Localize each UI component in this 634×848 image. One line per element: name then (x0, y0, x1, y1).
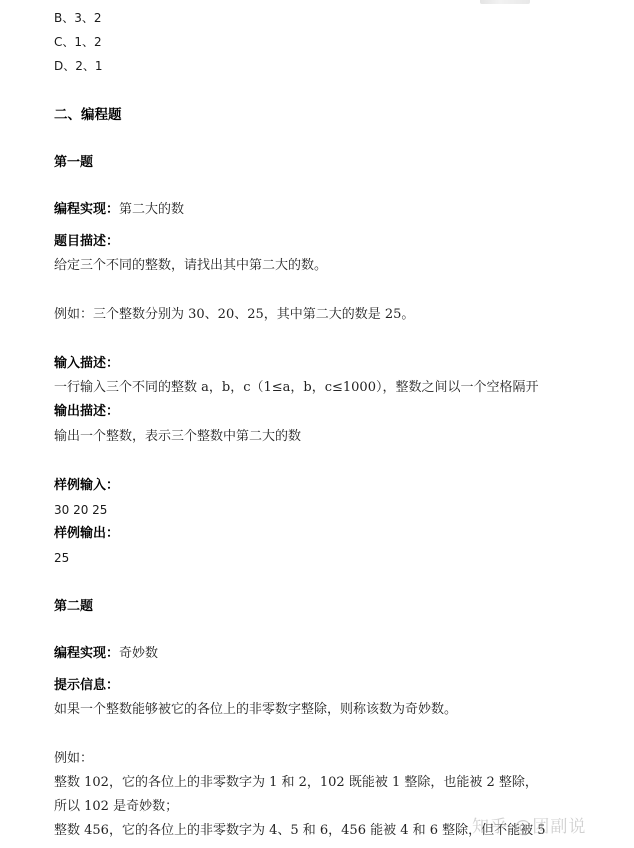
problem1-example: 例如：三个整数分别为 30、20、25，其中第二大的数是 25。 (54, 306, 414, 324)
problem2-title: 第二题 (54, 598, 93, 616)
problem1-desc-text: 给定三个不同的整数，请找出其中第二大的数。 (54, 257, 327, 275)
problem1-sample-input-value: 30 20 25 (54, 501, 107, 519)
watermark: 知乎 @团副说 (472, 812, 586, 837)
problem2-example-line1: 整数 102，它的各位上的非零数字为 1 和 2，102 既能被 1 整除，也能… (54, 774, 538, 792)
problem1-output-text: 输出一个整数，表示三个整数中第二大的数 (54, 428, 301, 446)
section-title: 二、编程题 (54, 106, 122, 124)
problem2-example-line2: 所以 102 是奇妙数； (54, 798, 178, 816)
option-c: C、1、2 (54, 33, 102, 51)
problem1-sample-output-label: 样例输出： (54, 525, 119, 543)
problem1-impl: 编程实现：第二大的数 (54, 201, 184, 219)
option-d: D、2、1 (54, 57, 103, 75)
problem1-impl-value: 第二大的数 (119, 202, 184, 217)
problem2-hint-label: 提示信息： (54, 677, 119, 695)
page-top-artifact (480, 0, 530, 4)
problem1-desc-label: 题目描述： (54, 233, 119, 251)
problem2-example-label: 例如： (54, 750, 93, 768)
problem1-title: 第一题 (54, 154, 93, 172)
problem1-sample-output-value: 25 (54, 549, 69, 567)
problem1-sample-input-label: 样例输入： (54, 477, 119, 495)
option-b: B、3、2 (54, 9, 102, 27)
problem1-input-label: 输入描述： (54, 355, 119, 373)
problem2-impl-label: 编程实现： (54, 646, 119, 661)
problem2-hint-text: 如果一个整数能够被它的各位上的非零数字整除，则称该数为奇妙数。 (54, 701, 457, 719)
problem2-impl: 编程实现：奇妙数 (54, 645, 158, 663)
problem1-input-text: 一行输入三个不同的整数 a，b，c（1≤a，b，c≤1000），整数之间以一个空… (54, 379, 538, 397)
problem1-output-label: 输出描述： (54, 403, 119, 421)
problem2-impl-value: 奇妙数 (119, 646, 158, 661)
problem1-impl-label: 编程实现： (54, 202, 119, 217)
